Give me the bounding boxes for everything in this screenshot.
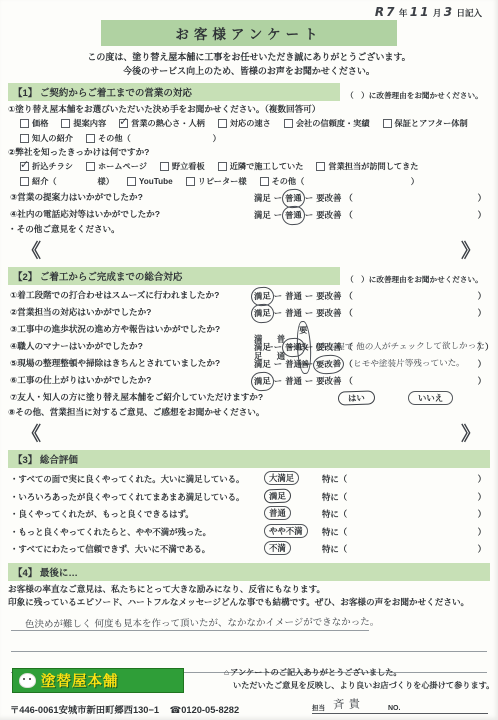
rep-name-handwritten: 斉貴 xyxy=(333,695,365,712)
s2-q3: ③工事中の進歩状況の進め方や報告はいかがでしたか? 満足ー普通ー要改善（各工程で… xyxy=(8,321,490,338)
s4-line1: お客様の率直なご意見は、私たちにとって大きな励みになり、反省にもなります。 xyxy=(8,583,490,597)
s2-q2: ②営業担当の対応はいかがでしたか? 満足ー普通ー要改善（） xyxy=(8,304,490,321)
phone-number: ☎0120-05-8282 xyxy=(170,705,239,715)
checkbox[interactable] xyxy=(284,119,293,128)
company-address: 〒446-0061安城市新田町郷西130−1 ☎0120-05-8282 xyxy=(10,702,239,716)
checkbox-option-other2[interactable]: その他（ ） xyxy=(260,176,419,187)
checkbox-option-nearby-work[interactable]: 近隣で施工していた xyxy=(218,161,304,172)
company-logo: 塗替屋本舗 xyxy=(12,668,184,693)
checkbox-option-referral[interactable]: 知人の紹介 xyxy=(20,133,73,144)
thanks-line-2: いただいたご意見を反映し、より良いお店づくりを心掛けて参ります。 xyxy=(224,679,494,692)
s1-q3: ③営業の提案力はいかがでしたか? 満足ー普通ー要改善（） xyxy=(8,189,490,206)
checkbox-option-warranty[interactable]: 保証とアフター体制 xyxy=(383,118,468,129)
bracket-close: 》 xyxy=(461,419,480,446)
checkbox-option-signboard[interactable]: 野立看板 xyxy=(160,161,205,172)
thanks-line-1: アンケートのご記入ありがとうございました。 xyxy=(230,668,401,677)
section4-title: 【4】 最後に… xyxy=(8,563,490,581)
rating-oval[interactable]: 不満 xyxy=(264,541,291,555)
s2-q1: ①着工段階での打合わせはスムーズに行われましたか? 満足ー普通ー要改善（） xyxy=(8,287,490,304)
s1-q1-label: ①塗り替え屋本舗をお選びいただいた決め手をお聞かせください。（複数回答可） xyxy=(8,103,490,116)
checkbox-option-enthusiasm[interactable]: 営業の熱心さ・人柄 xyxy=(119,118,205,129)
date-year-value: R7 xyxy=(375,5,397,19)
checkbox-option-speed[interactable]: 対応の速さ xyxy=(218,118,271,129)
checkbox[interactable] xyxy=(218,162,227,171)
section1-title: 【1】 ご契約からご着工までの営業の対応 xyxy=(8,83,340,101)
rating-normal-circled[interactable]: 普通 xyxy=(282,205,306,225)
s2-q5: ⑤現場の整理整頓や掃除はきちんとされていましたか? 満足ー普通ー要改善（ヒモや塗… xyxy=(8,355,490,372)
answer-no[interactable]: いいえ xyxy=(408,391,453,405)
rep-label: 担当 xyxy=(312,703,325,712)
eval-row-normal: ・良くやってくれたが、もっと良くできるはず。 普通 特に（ ） xyxy=(8,505,490,523)
s2-q4: ④職人のマナーはいかがでしたか? 満足ー普通ー要改善（） xyxy=(8,338,490,355)
checkbox[interactable] xyxy=(20,177,29,186)
checkbox[interactable] xyxy=(383,119,392,128)
s1-q4: ④社内の電話応対等はいかがでしたか? 満足ー普通ー要改善（） xyxy=(8,206,490,223)
intro-line-1: この度は、塗り替え屋本舗に工事をお任せいただき誠にありがとうございます。 xyxy=(8,50,490,64)
rating-oval[interactable]: 大満足 xyxy=(264,471,299,485)
rep-row: 担当 斉貴 NO. xyxy=(312,696,488,714)
bracket-open: 《 xyxy=(22,236,41,263)
no-label: NO. xyxy=(388,705,400,712)
date-day-value: 3 xyxy=(444,5,454,19)
s2-q6: ⑥工事の仕上がりはいかがでしたか? 満足ー普通ー要改善（） xyxy=(8,372,490,389)
date-day-label: 日記入 xyxy=(456,8,482,18)
checkbox[interactable] xyxy=(316,162,325,171)
checkbox-option-introduction[interactable]: 紹介（ 様） xyxy=(20,176,114,187)
checkbox[interactable] xyxy=(186,177,195,186)
rating-scale: 満足ー普通ー要改善（） xyxy=(251,206,486,225)
date-month-label: 月 xyxy=(433,8,442,18)
checkbox[interactable] xyxy=(61,119,70,128)
s1-q2-options-row1: 折込チラシ ホームページ 野立看板 近隣で施工していた 営業担当が訪問してきた xyxy=(8,159,490,174)
s1-q2-options-row2: 紹介（ 様） YouTube リピーター様 その他（ ） xyxy=(8,174,490,189)
s1-q1-options-row2: 知人の紹介 その他（ ） xyxy=(8,131,490,146)
page-title: お客様アンケート xyxy=(101,20,397,46)
checkbox[interactable] xyxy=(20,119,29,128)
footer: 塗替屋本舗 〒446-0061安城市新田町郷西130−1 ☎0120-05-82… xyxy=(8,666,490,716)
comment-line-1[interactable]: 色決めが難しく 何度も見本を作って頂いたが、なかなかイメージができなかった。 xyxy=(11,610,369,631)
section2-title: 【2】 ご着工からご完成までの総合対応 xyxy=(8,267,340,285)
checkbox-option-repeater[interactable]: リピーター様 xyxy=(186,176,247,187)
address-text: 〒446-0061安城市新田町郷西130−1 xyxy=(10,705,159,715)
checkbox-option-flyer[interactable]: 折込チラシ xyxy=(20,161,73,172)
bracket-close: 》 xyxy=(461,236,480,263)
s1-q1-options-row1: 価格 提案内容 営業の熱心さ・人柄 対応の速さ 会社の信頼度・実績 保証とアフタ… xyxy=(8,116,490,131)
eval-row-somewhat-dissatisfied: ・もっと良くやってくれたらと、やや不満が残った。 やや不満 特に（ ） xyxy=(8,523,490,541)
s1-free-comment-area[interactable]: 《 》 xyxy=(8,236,490,262)
rating-oval[interactable]: 普通 xyxy=(264,506,291,520)
checkbox[interactable] xyxy=(160,162,169,171)
date-year-label: 年 xyxy=(399,8,408,18)
section1-note: （ ）に改善理由をお聞かせください。 xyxy=(346,90,483,101)
checkbox-checked[interactable] xyxy=(20,162,29,171)
answer-yes-circled[interactable]: はい xyxy=(338,390,375,405)
handwritten-final-comment: 色決めが難しく 何度も見本を作って頂いたが、なかなかイメージができなかった。 xyxy=(25,613,379,629)
section3-title: 【3】 総合評価 xyxy=(8,450,490,468)
checkbox-option-price[interactable]: 価格 xyxy=(20,118,48,129)
checkbox[interactable] xyxy=(127,177,136,186)
s4-line2: 印象に残っているエピソード、ハートフルなメッセージどんな事でも結構です。ぜひ、お… xyxy=(8,596,490,610)
checkbox-option-youtube[interactable]: YouTube xyxy=(127,177,173,186)
checkbox-option-other[interactable]: その他（ ） xyxy=(86,133,221,144)
bracket-open: 《 xyxy=(22,419,41,446)
checkbox-option-proposal[interactable]: 提案内容 xyxy=(61,118,106,129)
checkbox[interactable] xyxy=(20,134,29,143)
thanks-block: ⌂アンケートのご記入ありがとうございました。 いただいたご意見を反映し、より良い… xyxy=(224,666,494,692)
survey-page: R7 年 11 月 3 日記入 お客様アンケート この度は、塗り替え屋本舗に工事… xyxy=(0,0,498,720)
rating-oval[interactable]: やや不満 xyxy=(264,524,308,538)
checkbox-checked[interactable] xyxy=(119,119,128,128)
company-logo-text: 塗替屋本舗 xyxy=(41,670,119,691)
s2-q7: ⑦友人・知人の方に塗り替え屋本舗をご紹介していただけますか? はい いいえ xyxy=(8,389,490,406)
checkbox-option-sales-visit[interactable]: 営業担当が訪問してきた xyxy=(316,161,418,172)
eval-row-dissatisfied: ・すべてにわたって信頼できず、大いに不満である。 不満 特に（ ） xyxy=(8,540,490,558)
rating-oval-circled[interactable]: 満足 xyxy=(264,488,291,503)
date-month-value: 11 xyxy=(410,5,431,19)
s2-free-comment-area[interactable]: 《 》 xyxy=(8,419,490,445)
checkbox[interactable] xyxy=(218,119,227,128)
section2-note: （ ）に改善理由をお聞かせください。 xyxy=(346,274,483,285)
comment-line-2[interactable] xyxy=(11,631,487,652)
house-icon: ⌂ xyxy=(224,667,229,677)
s1-q2-label: ②弊社を知ったきっかけは何ですか? xyxy=(8,146,490,159)
s2-q8-label: ⑧その他、営業担当に対するご意見、ご感想をお聞かせください。 xyxy=(8,406,490,419)
intro-line-2: 今後のサービス向上のため、皆様のお声をお聞かせください。 xyxy=(8,64,490,78)
checkbox[interactable] xyxy=(86,134,95,143)
checkbox-option-homepage[interactable]: ホームページ xyxy=(86,161,147,172)
rating-satisfied[interactable]: 満足 xyxy=(251,206,274,225)
eval-row-satisfied-selected: ・いろいろあったが良くやってくれてまあまあ満足している。 満足 特に（ ） xyxy=(8,488,490,506)
mascot-icon xyxy=(19,673,36,688)
improve-reason-note[interactable]: ヒモや塗装片等残っていた。 xyxy=(352,356,465,374)
checkbox[interactable] xyxy=(86,162,95,171)
fill-date: R7 年 11 月 3 日記入 xyxy=(8,4,490,20)
rating-improve[interactable]: 要改善 xyxy=(313,206,344,225)
eval-row-very-satisfied: ・すべての面で実に良くやってくれた。大いに満足している。 大満足 特に（ ） xyxy=(8,470,490,488)
checkbox[interactable] xyxy=(260,177,269,186)
checkbox-option-trust[interactable]: 会社の信頼度・実績 xyxy=(284,118,370,129)
